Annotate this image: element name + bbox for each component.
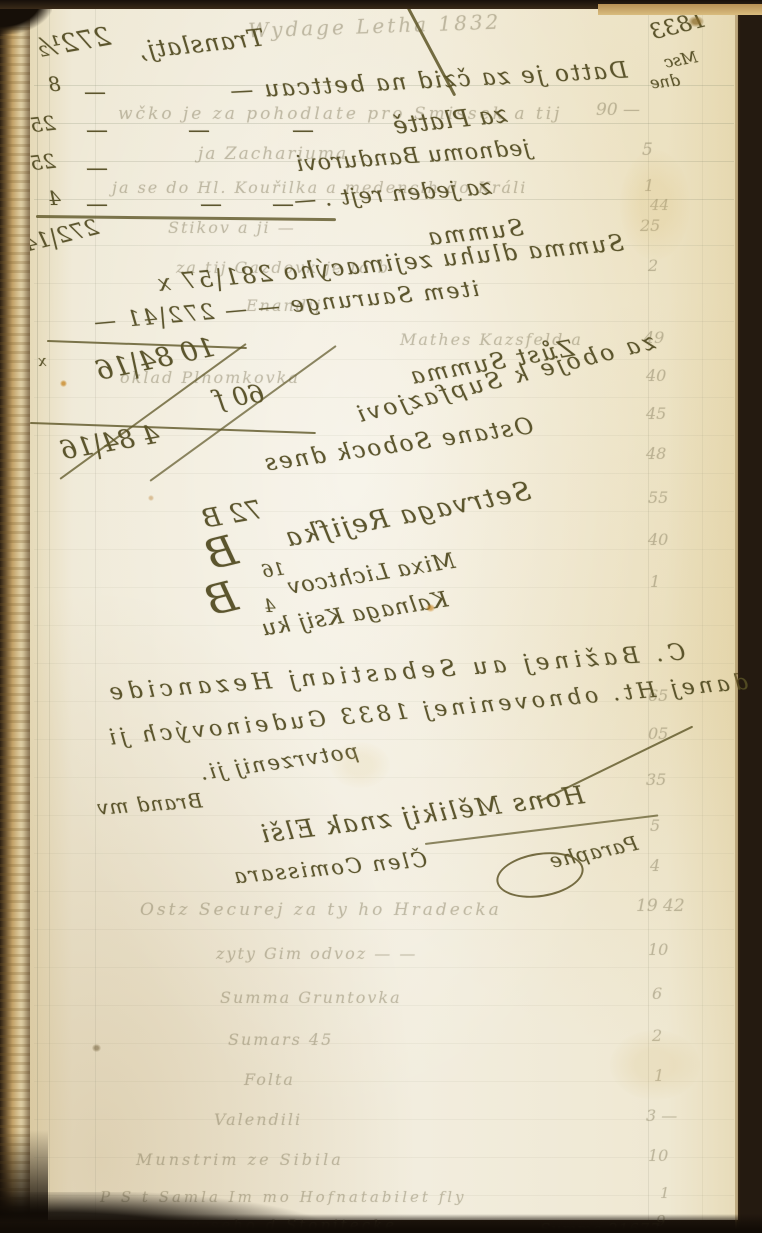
- handwriting-bleed-line: —: [292, 120, 314, 142]
- handwriting-bleed-line: 25: [29, 151, 56, 174]
- handwriting-faint-line: Summa Gruntovka: [220, 990, 402, 1006]
- ledger-hrule: [34, 245, 734, 246]
- handwriting-bleed-line: 25: [29, 113, 56, 136]
- paper-stain: [92, 1044, 101, 1052]
- paper-stain: [620, 150, 690, 260]
- handwriting-faint-line: 3 —: [646, 1108, 677, 1124]
- handwriting-bleed-line: Datto je za čzid na bettcau —: [228, 60, 628, 104]
- paper-stain: [426, 604, 435, 612]
- handwriting-bleed-line: —: [200, 194, 222, 216]
- ledger-vrule: [37, 8, 38, 1220]
- ledger-hrule: [34, 549, 734, 550]
- handwriting-faint-line: 1: [660, 1186, 670, 1201]
- handwriting-bleed-line: 272|14: [20, 217, 100, 257]
- book-spine: [0, 0, 30, 1233]
- handwriting-faint-line: 45: [646, 406, 666, 422]
- handwriting-bleed-line: Ostane Sobock dnes: [262, 415, 535, 476]
- handwriting-bleed-line: Hons Mělikij znak Elši: [258, 782, 586, 847]
- handwriting-bleed-line: 8: [48, 74, 61, 94]
- bottom-edge-shadow: [0, 1214, 762, 1233]
- handwriting-bleed-line: 4: [48, 188, 61, 208]
- handwriting-bleed-line: Translatj,: [137, 25, 265, 62]
- ledger-hrule: [34, 473, 734, 474]
- paper-stain: [148, 495, 154, 501]
- handwriting-faint-line: 6: [652, 986, 662, 1002]
- handwriting-faint-line: Ostz Securej za ty ho Hradecka: [140, 902, 560, 919]
- handwriting-faint-line: 90 —: [596, 102, 640, 119]
- manuscript-scan: Wydage Letha 1832wčko je za pohodlate pr…: [0, 0, 762, 1233]
- handwriting-faint-line: Folta: [244, 1072, 295, 1088]
- handwriting-faint-line: Stikov a ji —: [168, 220, 296, 236]
- handwriting-faint-line: 48: [646, 446, 666, 462]
- handwriting-faint-line: 2: [648, 258, 658, 274]
- handwriting-bleed-line: B: [201, 575, 241, 623]
- ledger-vrule: [702, 8, 703, 1220]
- handwriting-bleed-line: Msc: [663, 49, 699, 71]
- handwriting-bleed-line: —: [272, 194, 294, 216]
- paper-stain: [60, 380, 67, 387]
- handwriting-faint-line: Wydage Letha 1832: [248, 12, 502, 41]
- paper-stain: [330, 742, 390, 788]
- ledger-hrule: [34, 1119, 734, 1120]
- handwriting-bleed-line: 60 f: [213, 381, 265, 413]
- ledger-hrule: [34, 587, 734, 588]
- paper-stain: [688, 16, 704, 27]
- handwriting-bleed-line: 16: [261, 560, 286, 581]
- handwriting-bleed-line: dne: [649, 72, 681, 91]
- ledger-hrule: [34, 891, 734, 892]
- handwriting-faint-line: 10: [648, 942, 668, 958]
- ledger-hrule: [34, 625, 734, 626]
- paper-stain: [610, 1030, 700, 1100]
- ledger-vrule: [95, 8, 96, 1220]
- handwriting-bleed-line: x: [38, 354, 46, 369]
- handwriting-bleed-line: —: [86, 194, 108, 216]
- handwriting-faint-line: 35: [646, 772, 666, 788]
- ink-stroke: [540, 726, 694, 802]
- handwriting-bleed-line: Brand mv: [95, 790, 203, 817]
- handwriting-faint-line: Sumars 45: [228, 1032, 333, 1048]
- handwriting-faint-line: 19 42: [636, 898, 685, 915]
- handwriting-bleed-line: 4: [264, 598, 275, 616]
- handwriting-faint-line: 1: [650, 574, 660, 590]
- top-right-page-edges: [598, 4, 762, 15]
- handwriting-bleed-line: B: [201, 529, 241, 577]
- handwriting-faint-line: 5: [650, 818, 660, 834]
- handwriting-faint-line: 4: [650, 858, 660, 874]
- handwriting-bleed-line: Setrvaga Rejifka: [282, 478, 533, 551]
- ledger-hrule: [34, 929, 734, 930]
- handwriting-bleed-line: —: [86, 158, 108, 180]
- handwriting-faint-line: Munstrim ze Sibila: [136, 1152, 466, 1168]
- ledger-hrule: [34, 967, 734, 968]
- handwriting-faint-line: 40: [646, 368, 666, 384]
- ledger-page: Wydage Letha 1832wčko je za pohodlate pr…: [30, 8, 738, 1220]
- handwriting-bleed-line: Člen Comissara: [231, 850, 427, 888]
- handwriting-faint-line: zyty Gim odvoz — —: [216, 946, 417, 962]
- handwriting-bleed-line: —: [84, 82, 106, 104]
- handwriting-bleed-line: —: [188, 120, 210, 142]
- page-stack-edge: [737, 0, 762, 1233]
- handwriting-faint-line: 55: [648, 490, 668, 506]
- ink-stroke: [30, 422, 316, 434]
- handwriting-bleed-line: 72 B: [200, 497, 264, 533]
- handwriting-faint-line: Valendili: [214, 1112, 302, 1128]
- handwriting-faint-line: 40: [648, 532, 668, 548]
- handwriting-bleed-line: —: [86, 120, 108, 142]
- handwriting-faint-line: 10: [648, 1148, 668, 1164]
